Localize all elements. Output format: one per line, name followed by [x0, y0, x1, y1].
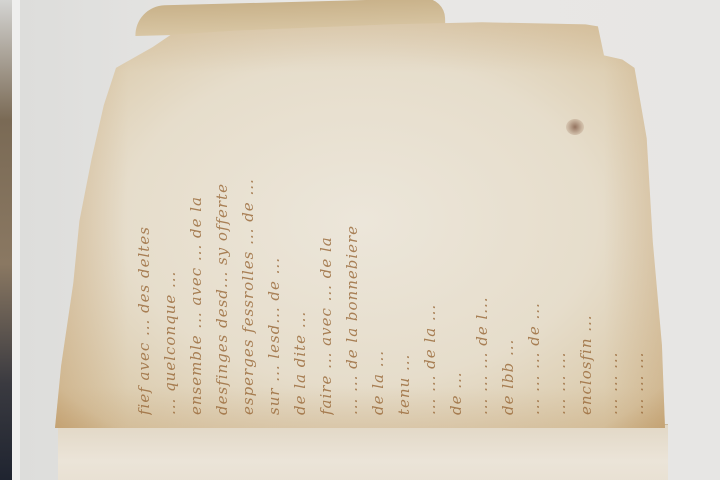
manuscript-line: faire ... avec ... de la — [317, 85, 335, 415]
manuscript-line: desfinges desd... sy offerte — [213, 85, 231, 415]
manuscript-line: ... ... ... — [551, 85, 569, 415]
manuscript-line: ... ... de la ... — [421, 85, 439, 415]
lower-folded-page — [58, 424, 668, 480]
background-edge — [12, 0, 20, 480]
background-left-strip — [0, 0, 12, 480]
manuscript-line: de la dite ... — [291, 85, 309, 415]
manuscript-line: ... ... ... — [629, 85, 647, 415]
manuscript-line: esperges fessrolles ... de ... — [239, 85, 257, 415]
manuscript-line: ... quelconque ... — [161, 85, 179, 415]
photo-scene: fief avec ... des deltes ... quelconque … — [0, 0, 720, 480]
manuscript-line: de lbb ... — [499, 85, 517, 415]
manuscript-line: tenu ... — [395, 85, 413, 415]
manuscript-line: enclosfin ... — [577, 85, 595, 415]
manuscript-line: ... ... ... de l... — [473, 85, 491, 415]
manuscript-line: ... ... ... — [603, 85, 621, 415]
manuscript-line: de la ... — [369, 85, 387, 415]
manuscript-line: de ... — [447, 85, 465, 415]
manuscript-line: fief avec ... des deltes — [135, 85, 153, 415]
manuscript-line: sur ... lesd... de ... — [265, 85, 283, 415]
manuscript-line: ... ... ... de ... — [525, 85, 543, 415]
manuscript-line: ... ... de la bonnebiere — [343, 85, 361, 415]
manuscript-line: ensemble ... avec ... de la — [187, 85, 205, 415]
handwritten-text: fief avec ... des deltes ... quelconque … — [135, 85, 670, 420]
